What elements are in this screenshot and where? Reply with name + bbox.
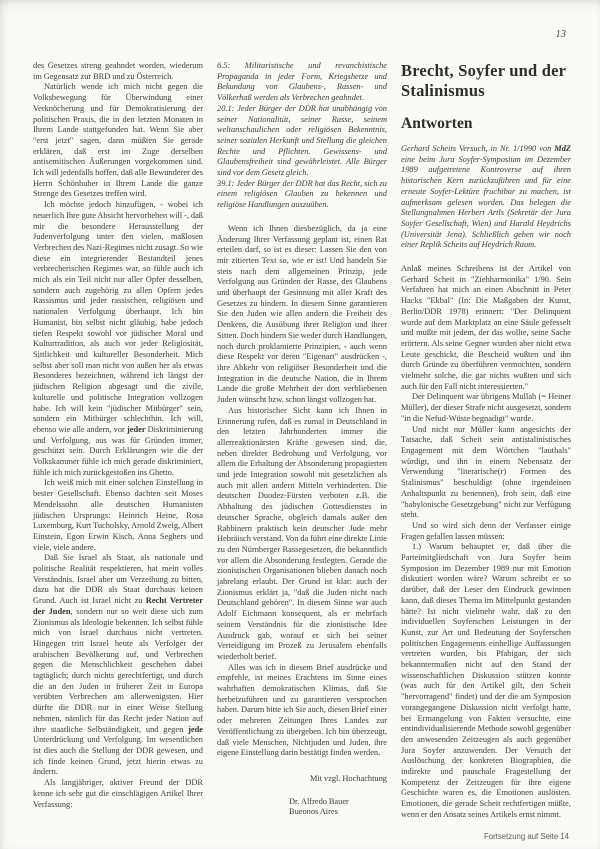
magazine-page: 13 des Gesetzes streng geahndet worden, … xyxy=(0,0,600,849)
page-number: 13 xyxy=(556,29,567,40)
letter-paragraph: des Gesetzes streng geahndet worden, wie… xyxy=(33,61,203,82)
reply-paragraph: Anlaß meines Schreibens ist der Artikel … xyxy=(401,264,571,392)
constitution-quote-39-1: 39.1: Jeder Bürger der DDR hat das Recht… xyxy=(217,179,387,211)
signature-city: Bueonos Aires xyxy=(217,807,387,818)
letter-paragraph: Als langjähriger, aktiver Freund der DDR… xyxy=(33,778,203,810)
column-2: 6.5: Militaristische und revanchistische… xyxy=(217,61,387,841)
letter-paragraph: Wenn ich Ihnen diesbezüglich, da ja eine… xyxy=(217,224,387,406)
constitution-quote-20-1: 20.1: Jeder Bürger der DDR hat unabhängi… xyxy=(217,104,387,179)
column-3-body: Gerhard Scheits Versuch, in Nr. 1/1990 v… xyxy=(401,144,571,821)
article-subtitle: Antworten xyxy=(401,115,571,133)
reply-paragraph: 1.) Warum behauptet er, daß über die Par… xyxy=(401,542,571,820)
reply-paragraph: Der Delinquent war übrigens Mullah (= He… xyxy=(401,392,571,424)
editorial-intro: Gerhard Scheits Versuch, in Nr. 1/1990 v… xyxy=(401,144,571,251)
letter-paragraph: Alles was ich in diesem Brief ausdrücke … xyxy=(217,663,387,759)
letter-paragraph: Daß Sie Israel als Staat, als nationale … xyxy=(33,553,203,778)
signature-name: Dr. Alfredo Bauer xyxy=(217,797,387,808)
text-columns: des Gesetzes streng geahndet worden, wie… xyxy=(33,61,571,841)
column-3: Brecht, Soyfer und der Stalinismus Antwo… xyxy=(401,61,571,841)
reply-paragraph: Und nicht nur Müller kann angesichts der… xyxy=(401,425,571,521)
constitution-quote-6-5: 6.5: Militaristische und revanchistische… xyxy=(217,61,387,104)
article-title: Brecht, Soyfer und der Stalinismus xyxy=(401,61,571,100)
letter-paragraph: Natürlich wende ich mich nicht gegen die… xyxy=(33,82,203,200)
valediction: Mit vzgl. Hochachtung xyxy=(217,774,387,785)
letter-paragraph: Aus historischer Sicht kann ich Ihnen in… xyxy=(217,406,387,663)
continuation-note: Fortsetzung auf Seite 14 xyxy=(401,832,571,841)
column-1: des Gesetzes streng geahndet worden, wie… xyxy=(33,61,203,841)
reply-paragraph: Und so wird sich denn der Verfasser eini… xyxy=(401,521,571,542)
letter-paragraph: Ich weiß mich mit einer solchen Einstell… xyxy=(33,478,203,553)
letter-paragraph: Ich möchte jedoch hinzufügen, - wobei ic… xyxy=(33,200,203,478)
